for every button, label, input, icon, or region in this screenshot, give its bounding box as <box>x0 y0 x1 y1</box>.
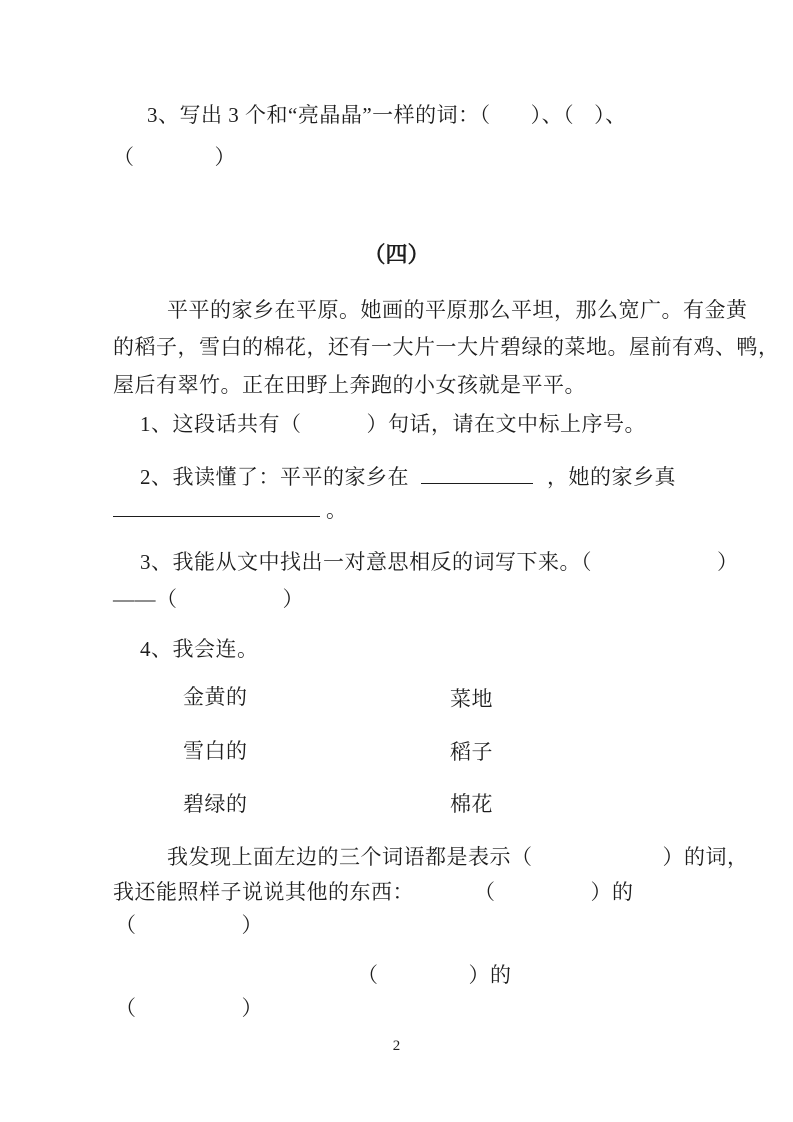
question-text: ，她的家乡真 <box>547 465 676 489</box>
question-1: 1、这段话共有（）句话，请在文中标上序号。 <box>140 412 646 437</box>
match-left-item: 金黄的 <box>183 685 248 710</box>
question-text: 3、写出 3 个和“亮晶晶”一样的词：（ <box>147 103 491 127</box>
question-text: 我发现上面左边的三个词语都是表示（ <box>167 845 533 869</box>
match-right-item: 棉花 <box>450 792 493 817</box>
question-2-line1: 2、我读懂了：平平的家乡在，她的家乡真 <box>140 465 676 490</box>
match-left-item: 碧绿的 <box>183 792 248 817</box>
spacer <box>414 898 474 899</box>
worksheet-page: 3、写出 3 个和“亮晶晶”一样的词：（）、（）、 （） （四） 平平的家乡在平… <box>0 0 793 1122</box>
question-text: 。 <box>326 498 348 522</box>
section-heading: （四） <box>0 238 793 269</box>
question-text: ） <box>215 145 237 169</box>
question-text: （ <box>115 996 137 1020</box>
spacer <box>409 483 421 484</box>
question-text: （ <box>113 145 135 169</box>
paren-blank <box>574 121 594 122</box>
question-4b-line4: （）的 <box>357 963 512 988</box>
question-text: ）的 <box>591 880 634 904</box>
question-text: 我还能照样子说说其他的东西： <box>113 880 414 904</box>
paren-blank <box>533 863 663 864</box>
question-text: （ <box>474 880 496 904</box>
paren-blank <box>137 1014 242 1015</box>
page-number: 2 <box>0 1038 793 1055</box>
answer-blank-line <box>421 465 533 484</box>
paren-blank <box>491 121 531 122</box>
question-3-line2: ——（） <box>113 587 304 612</box>
question-text: 3、我能从文中找出一对意思相反的词写下来。（ <box>140 550 592 574</box>
question-4b-line2: 我还能照样子说说其他的东西：（）的 <box>113 880 634 905</box>
match-left-item: 雪白的 <box>183 739 248 764</box>
spacer <box>533 483 547 484</box>
match-right-item: 稻子 <box>450 740 493 765</box>
question-text: ） <box>242 996 264 1020</box>
question-text: （ <box>357 963 379 987</box>
paren-blank <box>496 898 591 899</box>
passage-line-1: 平平的家乡在平原。她画的平原那么平坦，那么宽广。有金黄 <box>167 298 748 323</box>
question-text: ）的词， <box>663 845 749 869</box>
question-text: ）、 <box>594 103 627 127</box>
question-text: ）、（ <box>531 103 575 127</box>
question-text: 1、这段话共有（ <box>140 412 302 436</box>
question-3-prev-line1: 3、写出 3 个和“亮晶晶”一样的词：（）、（）、 <box>147 103 627 128</box>
answer-blank-line <box>113 498 320 517</box>
paren-blank <box>178 605 283 606</box>
match-right-item: 菜地 <box>450 687 493 712</box>
question-4b-line3: （） <box>115 913 263 938</box>
passage-line-2: 的稻子，雪白的棉花，还有一大片一大片碧绿的菜地。屋前有鸡、鸭， <box>113 335 780 360</box>
paren-blank <box>137 931 242 932</box>
passage-line-3: 屋后有翠竹。正在田野上奔跑的小女孩就是平平。 <box>113 373 586 398</box>
paren-blank <box>302 430 367 431</box>
question-text: （ <box>115 913 137 937</box>
paren-blank <box>379 981 469 982</box>
question-text: ） <box>242 913 264 937</box>
question-text: ） <box>717 550 739 574</box>
question-text: 2、我读懂了：平平的家乡在 <box>140 465 409 489</box>
question-3-line1: 3、我能从文中找出一对意思相反的词写下来。（） <box>140 550 739 575</box>
question-4b-line1: 我发现上面左边的三个词语都是表示（）的词， <box>167 845 749 870</box>
paren-blank <box>592 568 717 569</box>
question-4: 4、我会连。 <box>140 637 259 662</box>
question-text: ——（ <box>113 587 178 611</box>
question-4b-line5: （） <box>115 996 263 1021</box>
question-text: ）的 <box>469 963 512 987</box>
question-2-line2: 。 <box>113 498 348 523</box>
question-text: ）句话，请在文中标上序号。 <box>367 412 647 436</box>
question-text: ） <box>283 587 305 611</box>
question-3-prev-line2: （） <box>113 145 236 170</box>
paren-blank <box>135 163 215 164</box>
